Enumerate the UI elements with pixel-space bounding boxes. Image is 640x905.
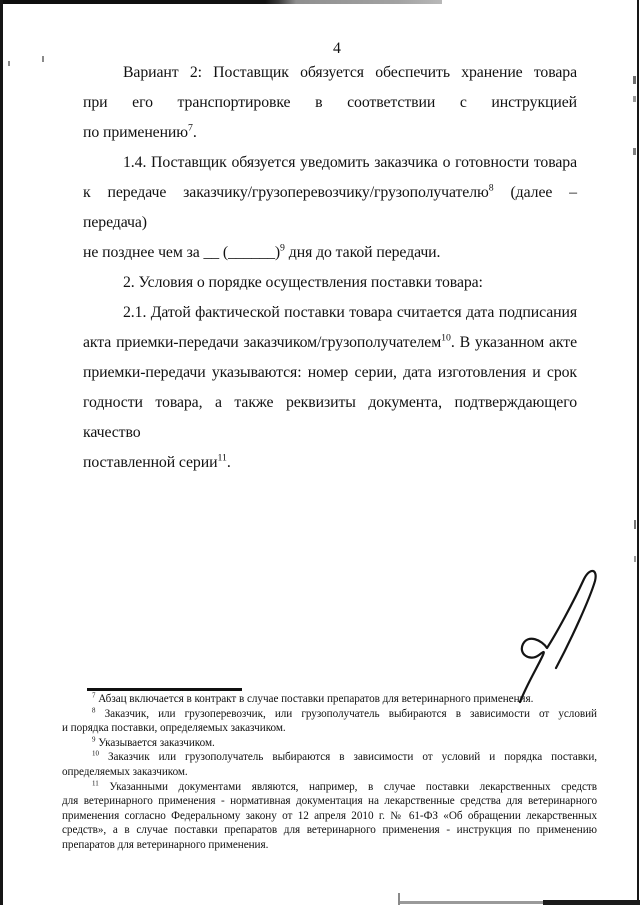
text-run: Вариант 2: Поставщик обязуется обеспечит… — [123, 64, 577, 81]
text-line: применения согласно Федеральному закону … — [62, 809, 597, 824]
scan-artifact-right-edge — [637, 0, 639, 905]
footnotes: 7 Абзац включается в контракт в случае п… — [62, 692, 597, 853]
scan-artifact — [633, 96, 636, 102]
footnote-ref: 10 — [441, 333, 451, 344]
text-line: 1.4. Поставщик обязуется уведомить заказ… — [83, 148, 577, 178]
text-run: средств», а в случае поставки препаратов… — [62, 824, 597, 836]
text-line: средств», а в случае поставки препаратов… — [62, 823, 597, 838]
paragraph: 1.4. Поставщик обязуется уведомить заказ… — [83, 148, 577, 268]
text-run: Заказчик, или грузоперевозчик, или грузо… — [95, 708, 597, 720]
text-run: дня до такой передачи. — [285, 244, 440, 261]
text-run: для ветеринарного применения - нормативн… — [62, 795, 597, 807]
text-line: годности товара, а также реквизиты докум… — [83, 388, 577, 448]
footnote-separator — [87, 688, 242, 691]
text-run: . — [227, 454, 231, 471]
text-run: Абзац включается в контракт в случае пос… — [95, 693, 533, 705]
footnote-ref: 11 — [217, 453, 226, 464]
scan-artifact-left-edge — [0, 0, 3, 905]
footnote-ref: 11 — [92, 779, 99, 787]
scan-artifact — [398, 893, 400, 905]
footnote-ref: 10 — [92, 750, 99, 758]
text-line: поставленной серии11. — [83, 448, 577, 478]
scan-artifact — [8, 61, 10, 66]
text-line: 9 Указывается заказчиком. — [62, 736, 597, 751]
text-run: определяемых заказчиком. — [62, 766, 188, 778]
scanned-document-page: 4 Вариант 2: Поставщик обязуется обеспеч… — [0, 0, 640, 905]
text-run: Указывается заказчиком. — [95, 737, 214, 749]
scan-artifact — [633, 76, 636, 84]
text-run: и порядка поставки, определяемых заказчи… — [62, 722, 286, 734]
scan-artifact-bottom-bar — [400, 901, 545, 904]
scan-artifact-bottom-bar — [543, 900, 640, 905]
text-run: поставленной серии — [83, 454, 217, 471]
footnote: 7 Абзац включается в контракт в случае п… — [62, 692, 597, 707]
text-run: приемки-передачи указываются: номер сери… — [83, 364, 577, 381]
text-run: 1.4. Поставщик обязуется уведомить заказ… — [123, 154, 577, 171]
text-line: 2.1. Датой фактической поставки товара с… — [83, 298, 577, 328]
text-line: для ветеринарного применения - нормативн… — [62, 794, 597, 809]
text-line: определяемых заказчиком. — [62, 765, 597, 780]
text-line: к передаче заказчику/грузоперевозчику/гр… — [83, 178, 577, 238]
page-number: 4 — [317, 40, 357, 58]
text-run: не позднее чем за __ (______) — [83, 244, 280, 261]
main-text: Вариант 2: Поставщик обязуется обеспечит… — [83, 58, 577, 478]
text-line: 10 Заказчик или грузополучатель выбирают… — [62, 750, 597, 765]
footnote: 11 Указанными документами являются, напр… — [62, 780, 597, 853]
scan-artifact — [42, 56, 44, 62]
paragraph: 2.1. Датой фактической поставки товара с… — [83, 298, 577, 478]
text-line: 2. Условия о порядке осуществления поста… — [83, 268, 577, 298]
text-run: . — [193, 124, 197, 141]
footnote: 10 Заказчик или грузополучатель выбирают… — [62, 750, 597, 779]
text-run: . В указанном акте — [451, 334, 577, 351]
text-line: 8 Заказчик, или грузоперевозчик, или гру… — [62, 707, 597, 722]
text-run: Указанными документами являются, наприме… — [99, 781, 597, 793]
text-line: 11 Указанными документами являются, напр… — [62, 780, 597, 795]
text-line: приемки-передачи указываются: номер сери… — [83, 358, 577, 388]
paragraph: 2. Условия о порядке осуществления поста… — [83, 268, 577, 298]
text-line: и порядка поставки, определяемых заказчи… — [62, 721, 597, 736]
footnote: 8 Заказчик, или грузоперевозчик, или гру… — [62, 707, 597, 736]
paragraph: Вариант 2: Поставщик обязуется обеспечит… — [83, 58, 577, 148]
footnote: 9 Указывается заказчиком. — [62, 736, 597, 751]
text-line: 7 Абзац включается в контракт в случае п… — [62, 692, 597, 707]
text-run: 2.1. Датой фактической поставки товара с… — [123, 304, 577, 321]
text-run: к передаче заказчику/грузоперевозчику/гр… — [83, 184, 489, 201]
scan-artifact — [633, 148, 636, 155]
text-run: применения согласно Федеральному закону … — [62, 810, 597, 822]
scan-artifact-top-bar — [0, 0, 442, 4]
text-run: акта приемки-передачи заказчиком/грузопо… — [83, 334, 441, 351]
text-line: акта приемки-передачи заказчиком/грузопо… — [83, 328, 577, 358]
text-line: не позднее чем за __ (______)9 дня до та… — [83, 238, 577, 268]
text-line: по применению7. — [83, 118, 577, 148]
text-run: препаратов для ветеринарного применения. — [62, 839, 268, 851]
text-run: Заказчик или грузополучатель выбираются … — [99, 751, 597, 763]
text-line: Вариант 2: Поставщик обязуется обеспечит… — [83, 58, 577, 88]
scan-artifact — [634, 520, 636, 529]
text-run: годности товара, а также реквизиты докум… — [83, 394, 577, 441]
text-line: препаратов для ветеринарного применения. — [62, 838, 597, 853]
scan-artifact — [634, 556, 636, 562]
text-run: при его транспортировке в соответствии с… — [83, 94, 577, 111]
text-run: по применению — [83, 124, 188, 141]
text-line: при его транспортировке в соответствии с… — [83, 88, 577, 118]
text-run: 2. Условия о порядке осуществления поста… — [123, 274, 483, 291]
